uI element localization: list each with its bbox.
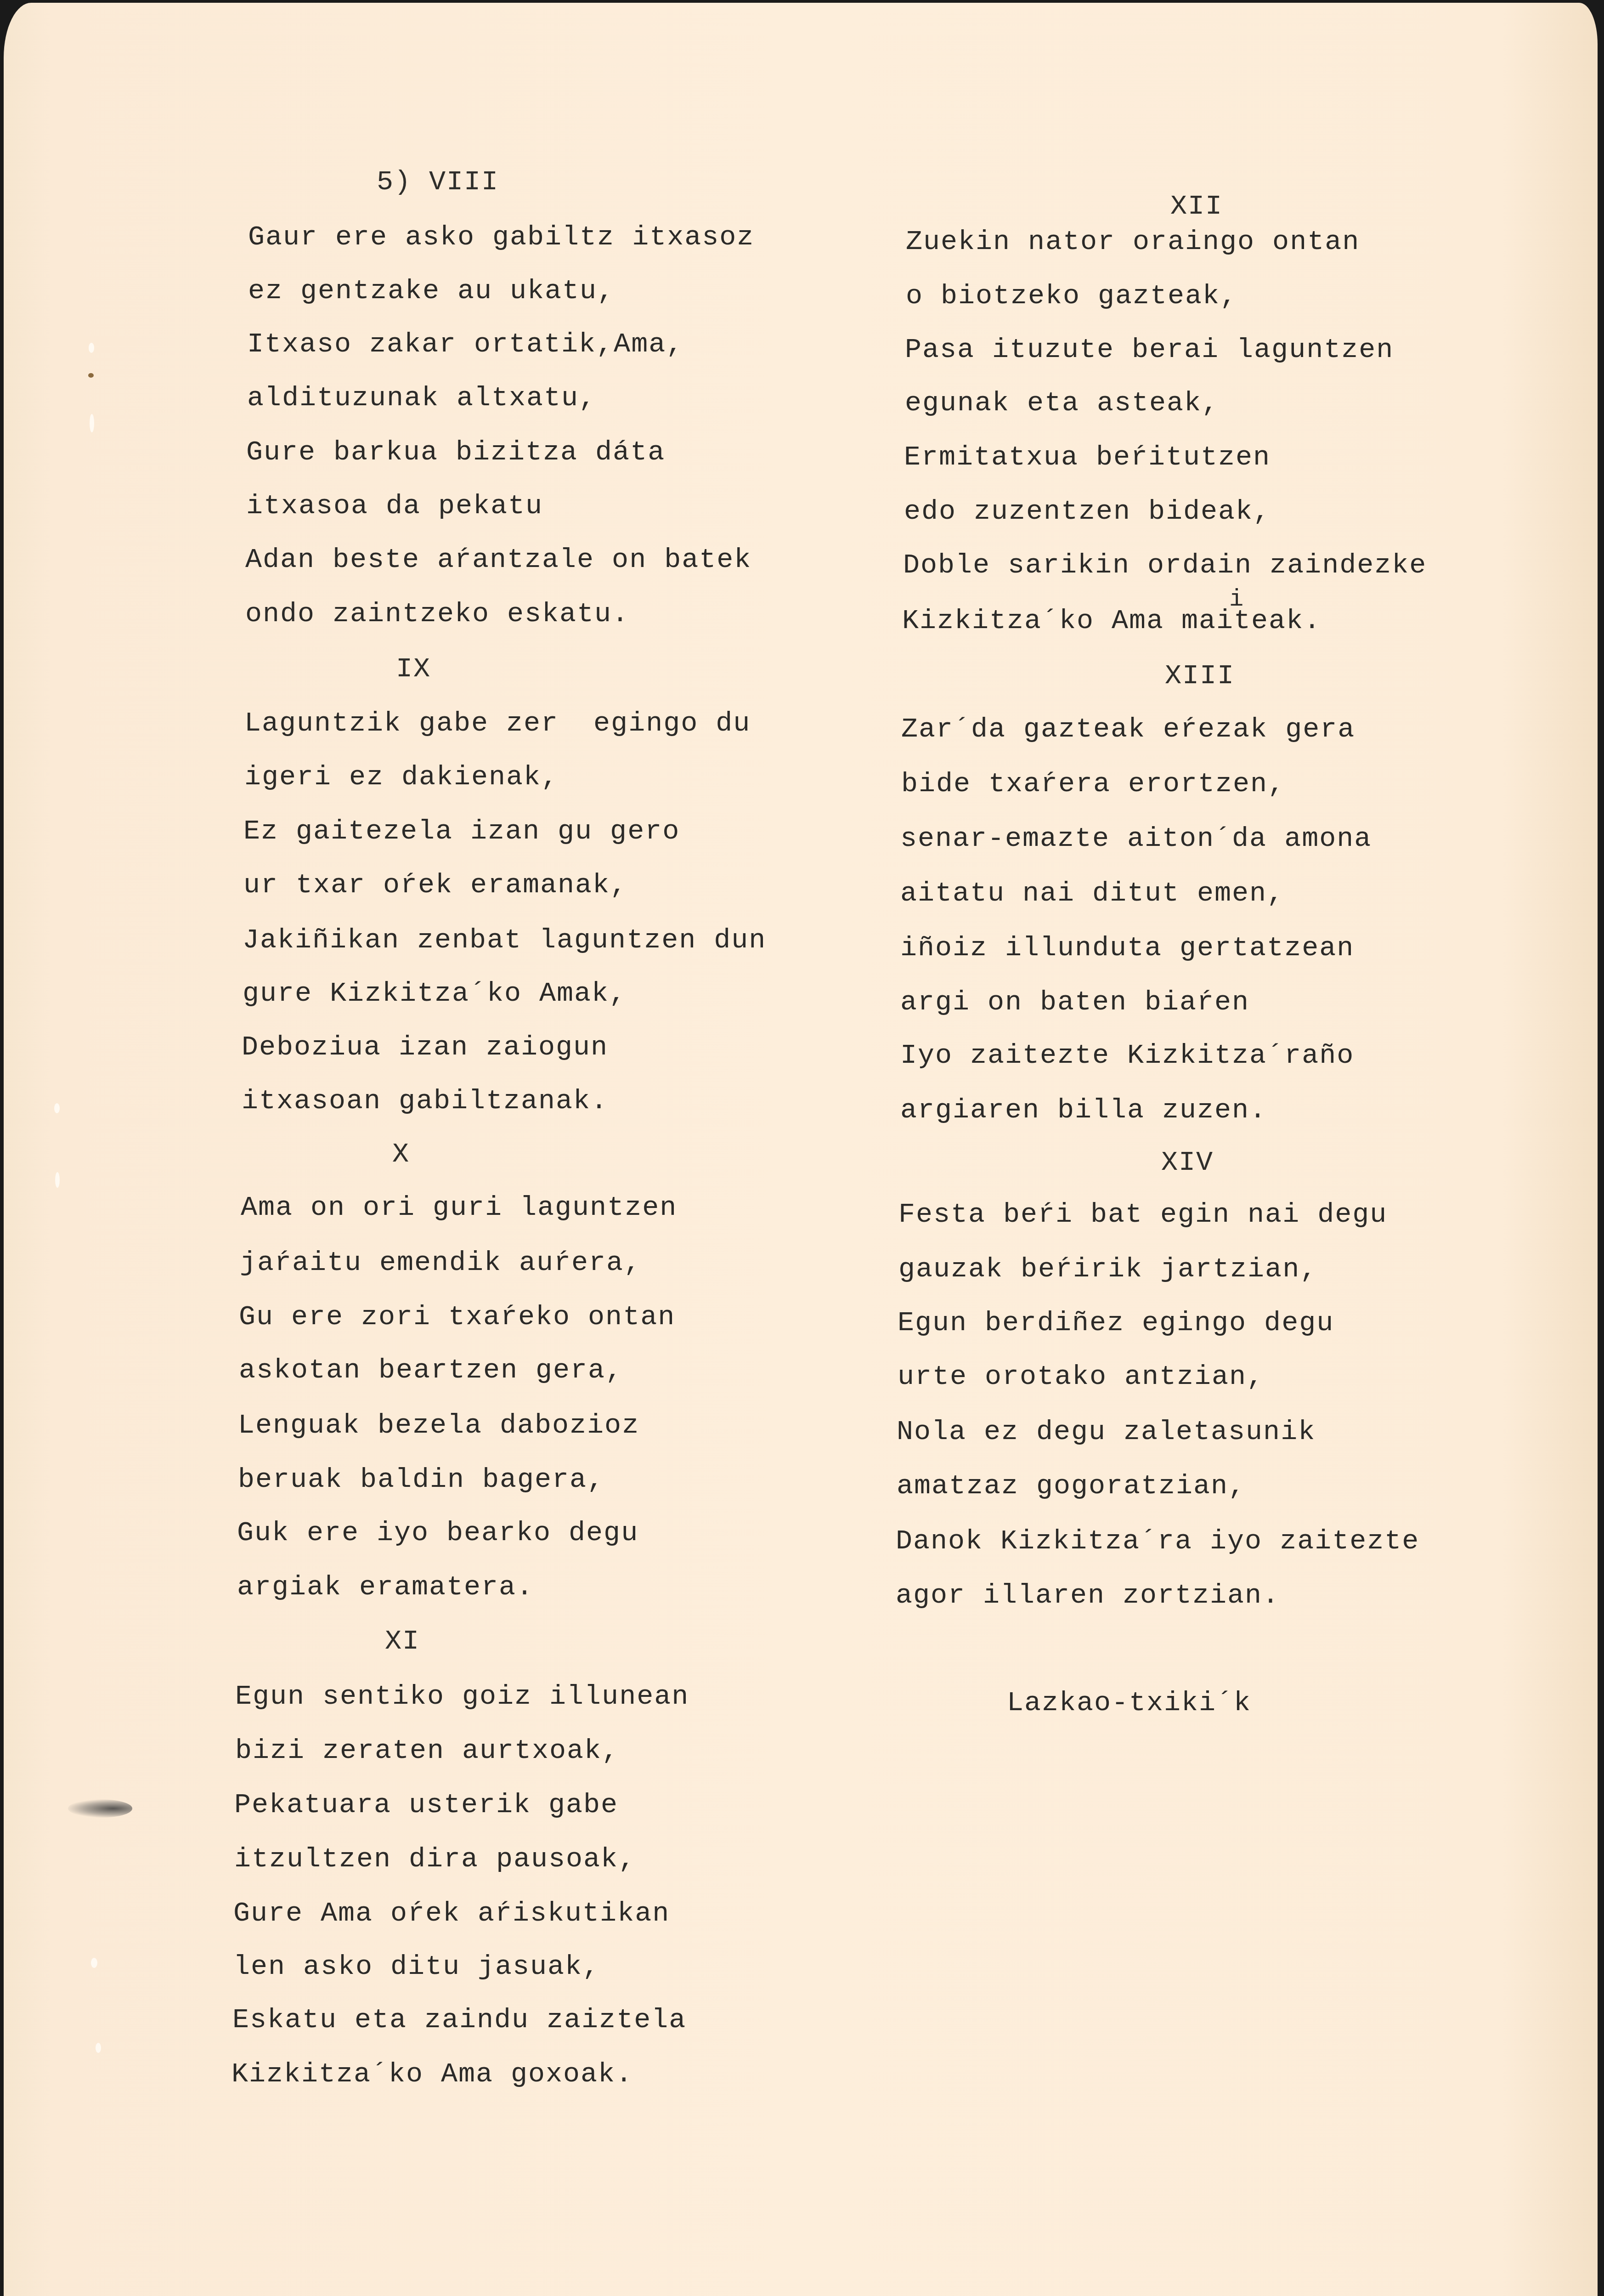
verse-line: beruak baldin bagera, [238, 1464, 604, 1496]
verse-line: itxasoan gabiltzanak. [242, 1085, 608, 1117]
verse-line: Adan beste aŕantzale on batek [245, 544, 751, 576]
verse-line: askotan beartzen gera, [239, 1355, 623, 1387]
binding-hole [55, 1172, 60, 1188]
verse-line: Kizkitza´ko Ama goxoak. [232, 2058, 633, 2091]
binding-hole [54, 1103, 60, 1113]
verse-line: Gure barkua bizitza dáta [246, 437, 665, 469]
stanza-number: XIII [1165, 660, 1235, 692]
verse-line: Pekatuara usterik gabe [234, 1789, 618, 1821]
verse-line: len asko ditu jasuak, [233, 1951, 600, 1983]
verse-line: iñoiz illunduta gertatzean [900, 932, 1354, 964]
verse-line: itzultzen dira pausoak, [234, 1843, 636, 1876]
verse-line: Pasa ituzute berai laguntzen [905, 334, 1394, 366]
verse-line: Jakiñikan zenbat laguntzen dun [243, 924, 766, 957]
verse-line: Gure Ama oŕek aŕiskutikan [233, 1898, 670, 1930]
binding-hole [89, 343, 94, 353]
page-marker: 5) VIII [377, 166, 499, 198]
verse-line: o biotzeko gazteak, [906, 280, 1237, 312]
verse-line: bide txaŕera erortzen, [901, 768, 1285, 800]
verse-line: gauzak beŕirik jartzian, [898, 1253, 1317, 1286]
verse-line: Ez gaitezela izan gu gero [243, 816, 680, 848]
verse-line: agor illaren zortzian. [896, 1580, 1280, 1612]
verse-line: itxasoa da pekatu [246, 490, 543, 522]
verse-line: Ama on ori guri laguntzen [241, 1192, 677, 1224]
verse-line: Festa beŕi bat egin nai degu [898, 1199, 1387, 1231]
verse-line: Ermitatxua beŕitutzen [904, 442, 1271, 474]
verse-line: ur txar oŕek eramanak, [243, 869, 627, 901]
verse-line: egunak eta asteak, [905, 387, 1219, 420]
verse-line: Iyo zaitezte Kizkitza´raño [900, 1040, 1354, 1072]
verse-line: Zuekin nator oraingo ontan [906, 226, 1360, 258]
stanza-number: IX [396, 653, 431, 686]
stanza-number: XI [385, 1626, 420, 1658]
author-signature: Lazkao-txiki´k [1007, 1687, 1251, 1719]
verse-line: senar-emazte aiton´da amona [900, 823, 1372, 855]
verse-line: jaŕaitu emendik auŕera, [240, 1247, 641, 1279]
binding-hole [90, 414, 94, 432]
verse-line: amatzaz gogoratzian, [897, 1470, 1246, 1502]
verse-line: bizi zeraten aurtxoak, [235, 1735, 619, 1767]
verse-line: Itxaso zakar ortatik,Ama, [247, 329, 683, 361]
verse-line: Deboziua izan zaiogun [242, 1032, 608, 1064]
verse-line: urte orotako antzian, [898, 1361, 1264, 1393]
verse-line: Egun sentiko goiz illunean [235, 1681, 689, 1713]
verse-line: Zar´da gazteak eŕezak gera [901, 714, 1355, 746]
verse-line: argi on baten biaŕen [900, 986, 1249, 1019]
verse-line: igeri ez dakienak, [244, 761, 559, 794]
stanza-number: XII [1170, 191, 1223, 223]
verse-line: Laguntzik gabe zer egingo du [244, 708, 751, 740]
verse-line: gure Kizkitza´ko Amak, [243, 978, 627, 1010]
verse-line: Guk ere iyo bearko degu [237, 1517, 638, 1549]
ink-spot [88, 373, 94, 378]
ink-smudge [68, 1799, 132, 1818]
verse-line: Gaur ere asko gabiltz itxasoz [248, 221, 754, 254]
verse-line: ez gentzake au ukatu, [248, 275, 615, 307]
verse-line: Lenguak bezela dabozioz [238, 1410, 639, 1442]
verse-line: Kizkitza´ko Ama maiteak. [902, 605, 1321, 637]
binding-hole [96, 2043, 101, 2053]
stanza-number: X [392, 1139, 410, 1171]
verse-line: argiaren billa zuzen. [900, 1094, 1267, 1127]
verse-line: Doble sarikin ordain zaindezke [903, 550, 1427, 582]
verse-line: Eskatu eta zaindu zaiztela [232, 2004, 686, 2036]
verse-line: Danok Kizkitza´ra iyo zaitezte [896, 1525, 1419, 1558]
binding-hole [91, 1958, 97, 1968]
verse-line: Egun berdiñez egingo degu [898, 1307, 1334, 1339]
verse-line: ondo zaintzeko eskatu. [245, 598, 629, 630]
verse-line: argiak eramatera. [237, 1571, 534, 1604]
verse-line: Gu ere zori txaŕeko ontan [239, 1301, 675, 1333]
verse-line: edo zuzentzen bideak, [904, 496, 1271, 528]
verse-line: aldituzunak altxatu, [247, 382, 596, 414]
verse-line: Nola ez degu zaletasunik [897, 1416, 1316, 1448]
stanza-number: XIV [1161, 1147, 1214, 1179]
verse-line: aitatu nai ditut emen, [900, 878, 1284, 910]
